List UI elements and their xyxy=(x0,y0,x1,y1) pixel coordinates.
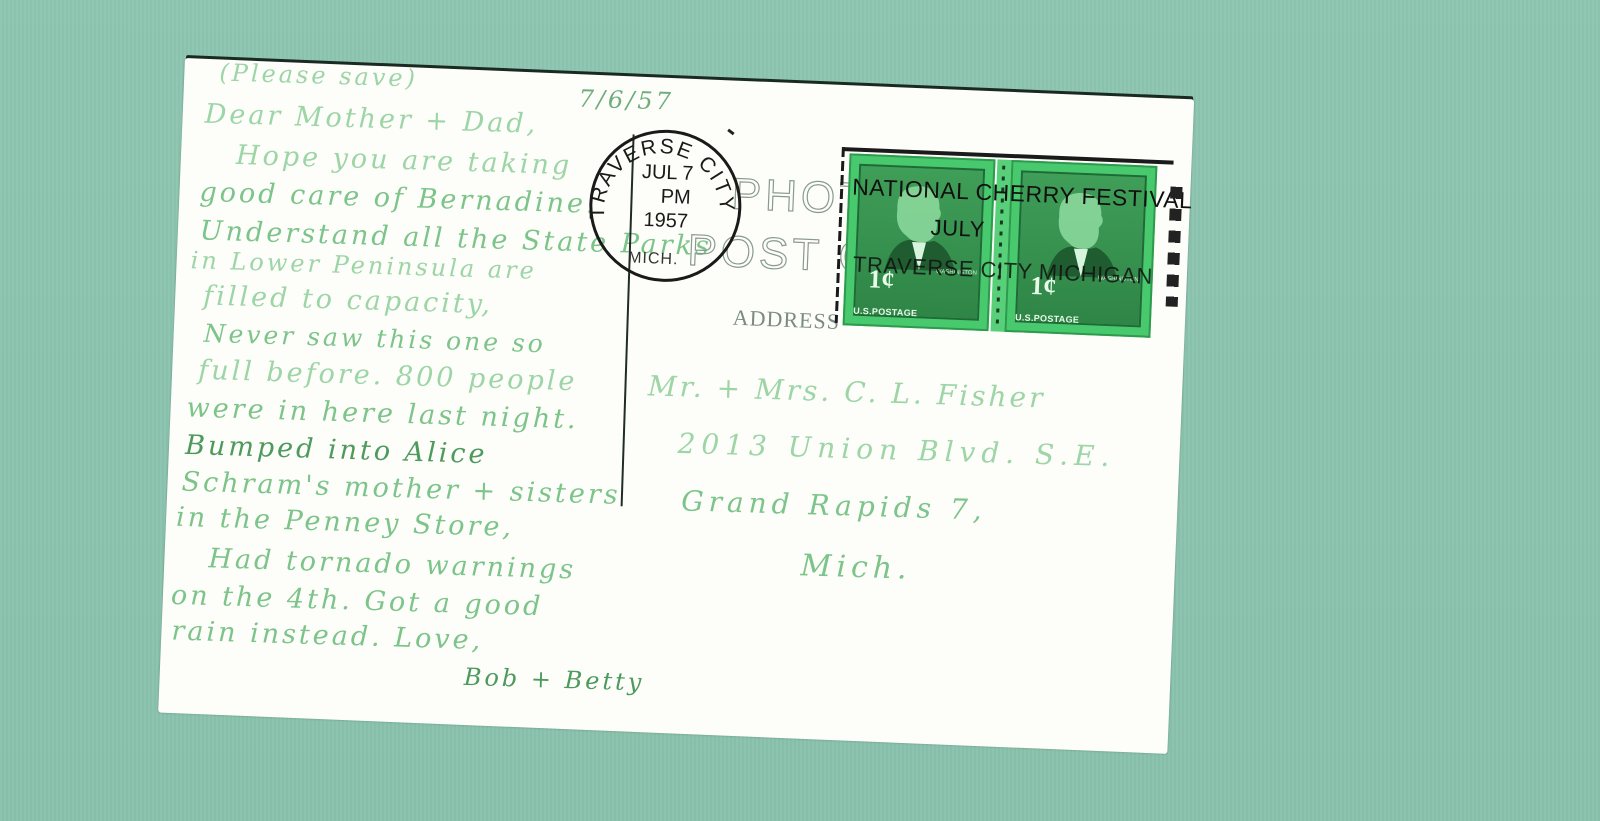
message-line: Hope you are taking xyxy=(236,140,573,181)
postcard: (Please save) 7/6/57 Dear Mother + Dad, … xyxy=(158,58,1194,754)
message-greeting: Dear Mother + Dad, xyxy=(204,99,538,140)
message-signature: Bob + Betty xyxy=(463,663,644,696)
message-line: Bumped into Alice xyxy=(185,430,488,470)
postmark-circle: TRAVERSE CITY JUL 7 PM 1957 MICH. xyxy=(586,127,744,285)
postmark-month-day: JUL 7 xyxy=(627,159,708,186)
message-line: were in here last night. xyxy=(186,392,579,435)
message-line: in the Penney Store, xyxy=(176,502,515,543)
message-note: (Please save) xyxy=(219,58,418,92)
message-line: good care of Bernadine. xyxy=(199,177,598,220)
address-line3: Grand Rapids 7, xyxy=(681,484,987,526)
message-line: full before. 800 people xyxy=(198,355,578,398)
message-line: on the 4th. Got a good xyxy=(170,580,543,622)
message-line: rain instead. Love, xyxy=(171,616,484,657)
stamp-pair: 1¢ U.S.POSTAGE WASHINGTON 1¢ U.S.POSTAGE… xyxy=(842,153,1171,346)
stamp-postage-label: U.S.POSTAGE xyxy=(853,306,918,319)
printed-address-label: ADDRESS xyxy=(732,305,840,335)
address-line2: 2013 Union Blvd. S.E. xyxy=(677,427,1116,473)
address-line4: Mich. xyxy=(800,548,912,586)
message-line: Never saw this one so xyxy=(203,319,546,358)
postmark-time: PM xyxy=(626,183,707,210)
slogan-cancel-line2: JULY xyxy=(930,217,985,241)
stamp-postage-label: U.S.POSTAGE xyxy=(1015,312,1080,325)
message-line: filled to capacity, xyxy=(203,280,494,320)
postmark-year: 1957 xyxy=(625,207,706,234)
address-line1: Mr. + Mrs. C. L. Fisher xyxy=(647,369,1046,414)
postmark-date: JUL 7 PM 1957 xyxy=(625,159,708,234)
postmark-state: MICH. xyxy=(628,249,679,269)
message-date: 7/6/57 xyxy=(578,85,674,116)
message-line: Had tornado warnings xyxy=(208,543,577,585)
